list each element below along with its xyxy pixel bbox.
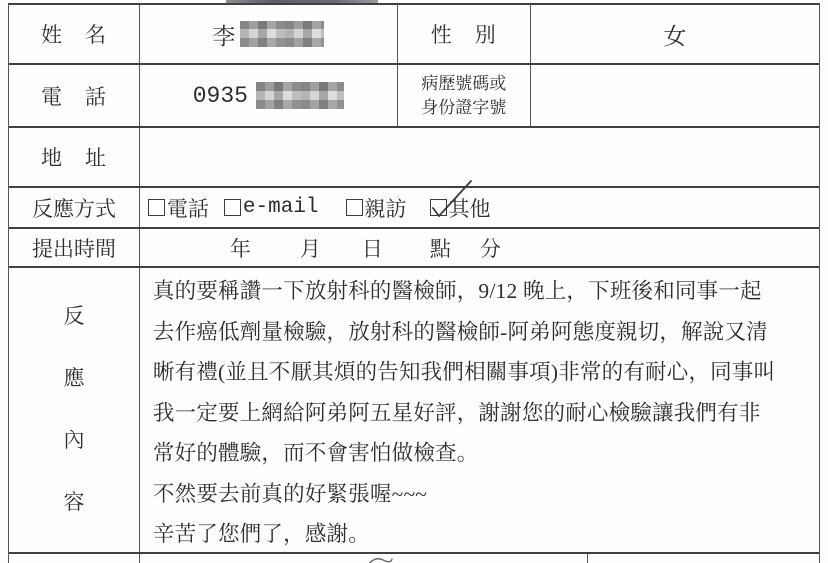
checkbox-visit-label: 親訪 (365, 193, 407, 223)
name-value: 李 (212, 18, 235, 51)
row-name-gender: 姓 名 李 性 別 女 (9, 5, 819, 65)
checkbox-other[interactable] (430, 199, 447, 216)
method-options: 電話 e-mail 親訪 其他 (140, 188, 819, 227)
time-unit-day: 日 (362, 233, 383, 263)
time-unit-hour: 點 (430, 233, 451, 263)
phone-value: 0935 (193, 83, 248, 109)
checkbox-email[interactable] (224, 199, 241, 216)
form-table: 姓 名 李 性 別 女 電 話 0935 病歷號碼或 身份證字號 (8, 3, 820, 563)
time-unit-minute: 分 (480, 233, 501, 263)
method-option-visit: 親訪 (346, 193, 407, 223)
time-label: 提出時間 (9, 229, 140, 266)
time-unit-month: 月 (300, 233, 321, 263)
row-partial-bottom (9, 554, 819, 563)
address-value (140, 128, 819, 186)
name-redaction-block (240, 21, 324, 47)
content-label-char-2: 應 (63, 362, 84, 392)
content-line: 不然要去前真的好緊張喔~~~ (153, 474, 809, 515)
content-text: 真的要稱讚一下放射科的醫檢師，9/12 晚上，下班後和同事一起 去作癌低劑量檢驗… (140, 268, 819, 552)
address-label: 地 址 (9, 128, 140, 186)
content-line: 常好的體驗，而不會害怕做檢查。 (153, 433, 809, 474)
content-label-char-1: 反 (63, 300, 84, 330)
content-line: 晰有禮(並且不厭其煩的告知我們相關事項)非常的有耐心，同事叫 (153, 352, 809, 393)
content-label-char-4: 容 (63, 486, 84, 516)
phone-label: 電 話 (9, 65, 140, 126)
phone-value-cell: 0935 (140, 65, 398, 126)
record-id-label-cell: 病歷號碼或 身份證字號 (398, 65, 531, 126)
content-label: 反 應 內 容 (9, 268, 140, 552)
name-value-cell: 李 (140, 5, 398, 63)
row-time: 提出時間 年 月 日 點 分 (9, 229, 819, 268)
checkbox-email-label: e-mail (243, 196, 319, 219)
pen-mark (367, 555, 393, 563)
time-unit-year: 年 (230, 233, 251, 263)
method-label: 反應方式 (9, 188, 140, 227)
checkbox-phone-label: 電話 (167, 193, 209, 223)
content-line: 辛苦了您們了，感謝。 (153, 514, 809, 555)
row-content: 反 應 內 容 真的要稱讚一下放射科的醫檢師，9/12 晚上，下班後和同事一起 … (9, 268, 819, 554)
name-label: 姓 名 (9, 5, 140, 63)
phone-redaction-block (256, 82, 344, 109)
content-line: 我一定要上網給阿弟阿五星好評，謝謝您的耐心檢驗讓我們有非 (153, 393, 809, 434)
method-option-phone: 電話 (148, 193, 209, 223)
method-option-other: 其他 (430, 193, 491, 223)
time-units: 年 月 日 點 分 (140, 229, 819, 266)
row-address: 地 址 (9, 128, 819, 188)
content-label-char-3: 內 (63, 424, 84, 454)
partial-row-label-stub (9, 554, 140, 563)
content-line: 去作癌低劑量檢驗，放射科的醫檢師-阿弟阿態度親切，解說又清 (153, 312, 809, 353)
gender-value: 女 (531, 5, 819, 63)
content-line: 真的要稱讚一下放射科的醫檢師，9/12 晚上，下班後和同事一起 (153, 271, 809, 312)
scanned-feedback-form: 姓 名 李 性 別 女 電 話 0935 病歷號碼或 身份證字號 (0, 0, 828, 563)
row-method: 反應方式 電話 e-mail 親訪 (9, 188, 819, 229)
method-option-email: e-mail (224, 196, 319, 219)
checkbox-phone[interactable] (148, 199, 165, 216)
record-id-label-line2: 身份證字號 (421, 96, 506, 120)
record-id-value (531, 65, 819, 126)
record-id-label-line1: 病歷號碼或 (421, 72, 506, 96)
partial-row-divider-stub (140, 554, 588, 563)
row-phone-record: 電 話 0935 病歷號碼或 身份證字號 (9, 65, 819, 128)
gender-label: 性 別 (398, 5, 531, 63)
check-mark-icon (428, 178, 476, 224)
checkbox-visit[interactable] (346, 199, 363, 216)
